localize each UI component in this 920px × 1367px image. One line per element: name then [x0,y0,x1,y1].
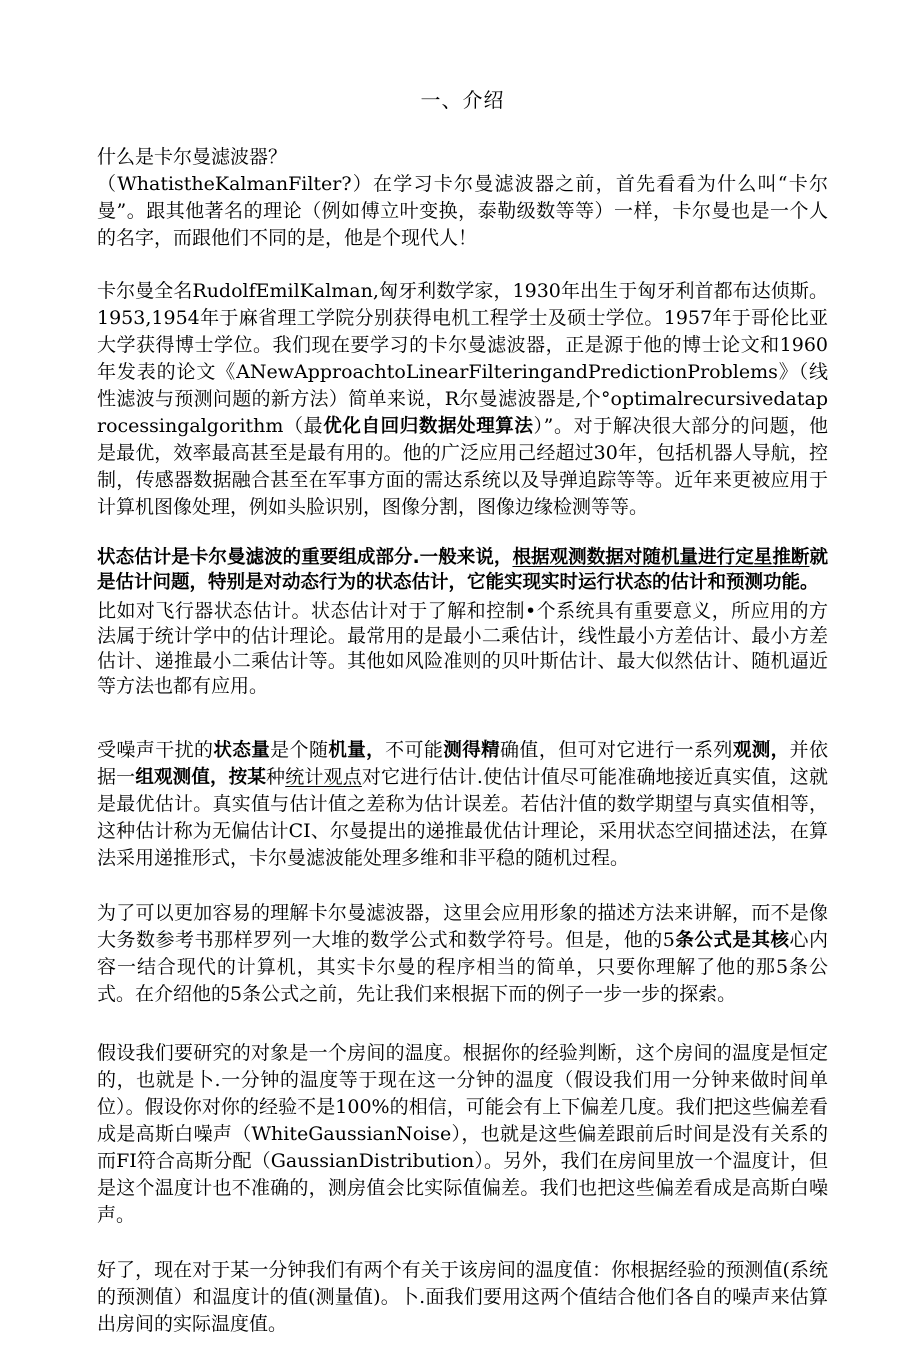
text-run: 受噪声干扰的 [97,739,213,761]
paragraph-room-temperature-example: 假设我们要研究的对象是一个房间的温度。根据你的经验判断，这个房间的温度是恒定的，… [97,1040,828,1229]
text-run: 卡尔曼全名RudolfEmilKalman,匈牙利数学家，1930年出生于匈牙利… [97,280,828,437]
paragraph-two-temperature-values: 好了，现在对于某一分钟我们有两个有关于该房间的温度值：你根据经验的预测值(系统的… [97,1257,828,1338]
text-run: 比如对飞行器状态估计。状态估计对于了解和控制•个系统具有重要意义，所应用的方法属… [97,600,828,697]
paragraph-state-estimation-definition: 状态估计是卡尔曼滤波的重要组成部分.一般来说，根据观测数据对随机量进行定星推断就… [97,545,828,595]
text-run: 状态估计是卡尔曼滤波的重要组成部分.一般来说， [97,547,512,568]
text-run: 确值，但可对它进行一系列 [500,739,733,761]
text-run: 条公式是其核 [675,930,790,951]
text-run: 机量， [328,740,385,761]
text-run: 观测， [733,740,790,761]
paragraph-estimation-methods: 比如对飞行器状态估计。状态估计对于了解和控制•个系统具有重要意义，所应用的方法属… [97,599,828,699]
paragraph-noise-and-optimal-estimation: 受噪声干扰的状态量是个随机量，不可能测得精确值，但可对它进行一系列观测，并依据一… [97,737,828,872]
paragraph-what-is-kalman-filter: 什么是卡尔曼滤波器？ （WhatistheKalmanFilter?）在学习卡尔… [97,144,828,252]
text-run: 根据观测数据对随机量进行定星推断 [512,547,809,568]
text-run: 测得精 [443,740,500,761]
text-run: 组观测值，按某 [135,767,266,788]
text-run: 不可能 [385,739,443,761]
text-run: 是个随 [270,739,328,761]
document-body: 什么是卡尔曼滤波器？ （WhatistheKalmanFilter?）在学习卡尔… [97,144,828,1338]
text-run: 统计观点 [285,766,362,788]
paragraph-five-formulas: 为了可以更加容易的理解卡尔曼滤波器，这里会应用形象的描述方法来讲解，而不是像大务… [97,900,828,1008]
text-run: 好了，现在对于某一分钟我们有两个有关于该房间的温度值：你根据经验的预测值(系统的… [97,1259,828,1335]
text-run: 优化自回归数据处理算法 [323,416,533,437]
paragraph-kalman-biography: 卡尔曼全名RudolfEmilKalman,匈牙利数学家，1930年出生于匈牙利… [97,278,828,521]
text-run: 假设我们要研究的对象是一个房间的温度。根据你的经验判断，这个房间的温度是恒定的，… [97,1042,828,1226]
text-run: 状态量 [213,740,270,761]
document-page: 一、介绍 什么是卡尔曼滤波器？ （WhatistheKalmanFilter?）… [0,0,920,1367]
document-title: 一、介绍 [97,86,828,114]
text-run: 种 [266,766,285,788]
text-run: 什么是卡尔曼滤波器？ （WhatistheKalmanFilter?）在学习卡尔… [97,146,828,249]
